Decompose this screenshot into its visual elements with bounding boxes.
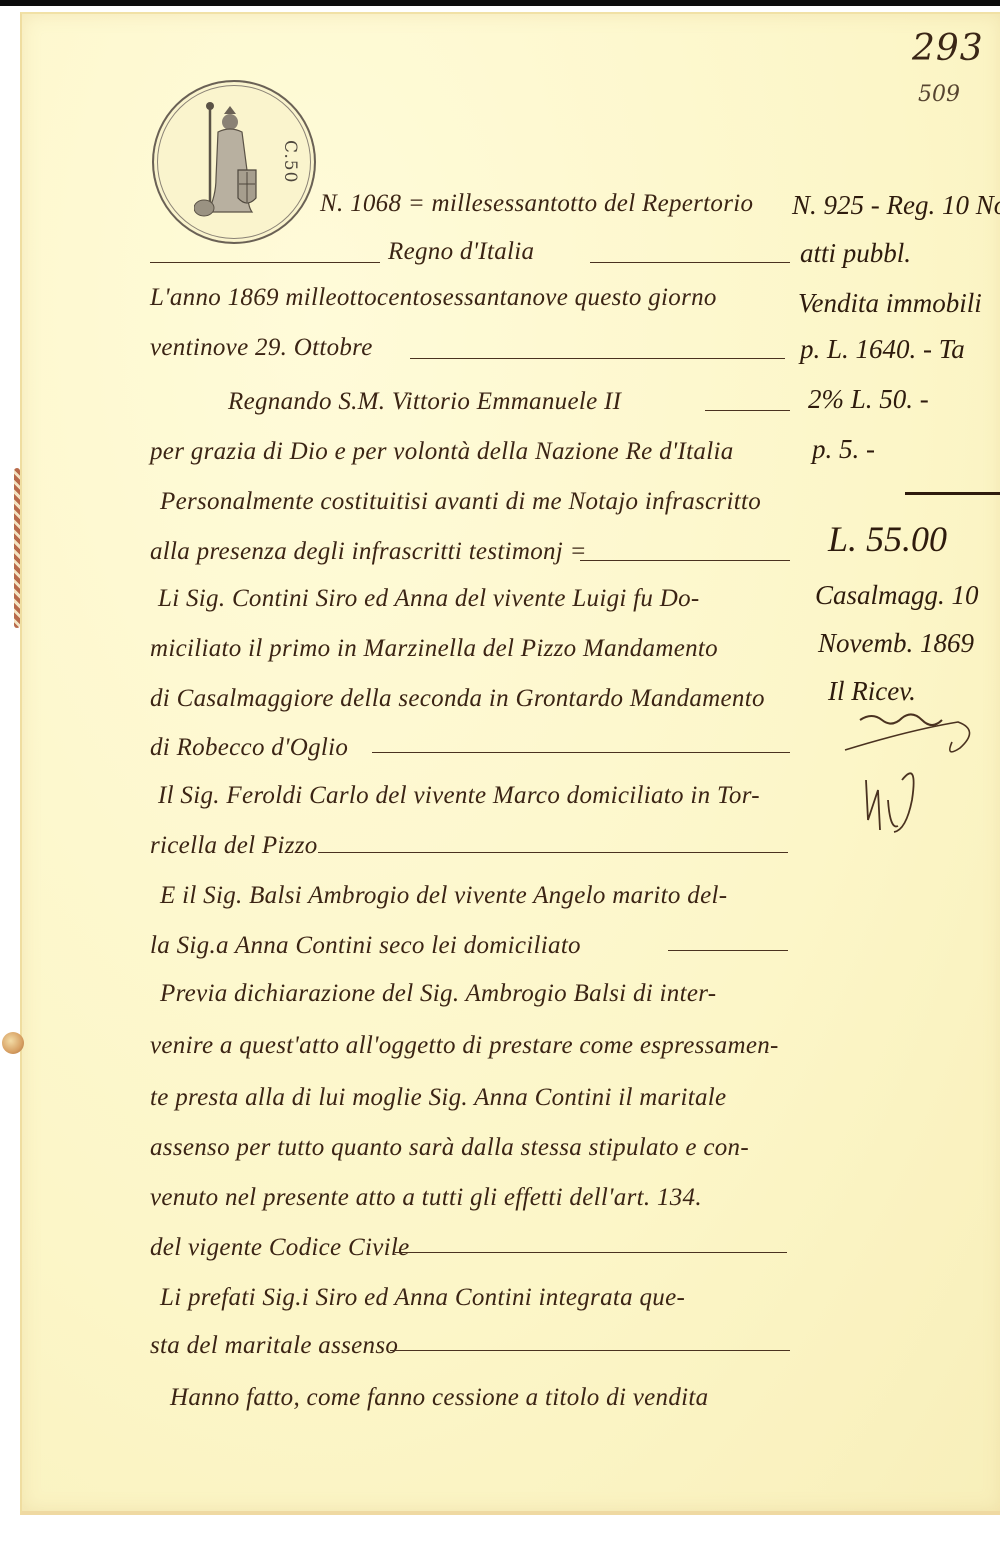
- ruled-line: [590, 262, 790, 263]
- folio-sub: 509: [918, 82, 960, 107]
- body-line: sta del maritale assenso: [150, 1332, 398, 1360]
- margin-note-total: L. 55.00: [828, 518, 947, 560]
- scan-top-edge: [0, 0, 1000, 6]
- body-line: Regnando S.M. Vittorio Emmanuele II: [228, 388, 621, 416]
- margin-note-extra: p. 5. -: [812, 434, 875, 465]
- body-line: la Sig.a Anna Contini seco lei domicilia…: [150, 932, 581, 960]
- body-line: miciliato il primo in Marzinella del Piz…: [150, 635, 718, 663]
- folio-number: 293 509: [912, 28, 984, 69]
- body-line: Li prefati Sig.i Siro ed Anna Contini in…: [160, 1284, 685, 1312]
- repertorio-line: N. 1068 = millesessantotto del Repertori…: [320, 190, 753, 218]
- body-line: ricella del Pizzo: [150, 832, 318, 860]
- seated-italia-figure-icon: [194, 100, 264, 222]
- initials-signature-icon: [858, 760, 938, 840]
- margin-note-atti: atti pubbl.: [800, 238, 911, 269]
- ruled-line: [390, 1350, 790, 1351]
- ruled-line: [150, 262, 380, 263]
- ruled-line: [580, 560, 790, 561]
- sum-rule: [905, 492, 1000, 495]
- margin-note-tax: 2% L. 50. -: [808, 384, 929, 415]
- margin-note-date: Novemb. 1869: [818, 628, 974, 659]
- body-line: venuto nel presente atto a tutti gli eff…: [150, 1184, 702, 1212]
- receiver-signature-icon: [840, 700, 990, 760]
- body-line: Previa dichiarazione del Sig. Ambrogio B…: [160, 980, 716, 1008]
- margin-note-place: Casalmagg. 10: [815, 580, 979, 611]
- folio-main: 293: [912, 28, 984, 69]
- binding-cord: [14, 468, 20, 628]
- body-line: ventinove 29. Ottobre: [150, 334, 373, 362]
- body-line: L'anno 1869 milleottocentosessantanove q…: [150, 284, 717, 312]
- body-line: per grazia di Dio e per volontà della Na…: [150, 438, 734, 466]
- margin-note-registration: N. 925 - Reg. 10 Nov.: [792, 190, 1000, 221]
- stamp-value: C.50: [280, 140, 300, 183]
- body-line: venire a quest'atto all'oggetto di prest…: [150, 1032, 779, 1060]
- body-line: alla presenza degli infrascritti testimo…: [150, 538, 587, 566]
- body-line: di Robecco d'Oglio: [150, 734, 348, 762]
- ruled-line: [668, 950, 788, 951]
- ruled-line: [410, 358, 785, 359]
- margin-note-vendita: Vendita immobili: [798, 288, 982, 319]
- ruled-line: [318, 852, 788, 853]
- body-line: assenso per tutto quanto sarà dalla stes…: [150, 1134, 749, 1162]
- kingdom-line: Regno d'Italia: [388, 238, 534, 266]
- binding-knot: [2, 1032, 24, 1054]
- body-line: Il Sig. Feroldi Carlo del vivente Marco …: [158, 782, 760, 810]
- revenue-stamp: C.50: [152, 80, 316, 244]
- body-line: del vigente Codice Civile: [150, 1234, 410, 1262]
- body-line: Personalmente costituitisi avanti di me …: [160, 488, 761, 516]
- body-line: di Casalmaggiore della seconda in Gronta…: [150, 685, 765, 713]
- margin-note-price: p. L. 1640. - Ta: [800, 334, 965, 365]
- body-line: Hanno fatto, come fanno cessione a titol…: [170, 1384, 708, 1412]
- body-line: E il Sig. Balsi Ambrogio del vivente Ang…: [160, 882, 727, 910]
- ruled-line: [372, 752, 790, 753]
- body-line: Li Sig. Contini Siro ed Anna del vivente…: [158, 585, 700, 613]
- ruled-line: [395, 1252, 787, 1253]
- body-line: te presta alla di lui moglie Sig. Anna C…: [150, 1084, 726, 1112]
- ruled-line: [705, 410, 790, 411]
